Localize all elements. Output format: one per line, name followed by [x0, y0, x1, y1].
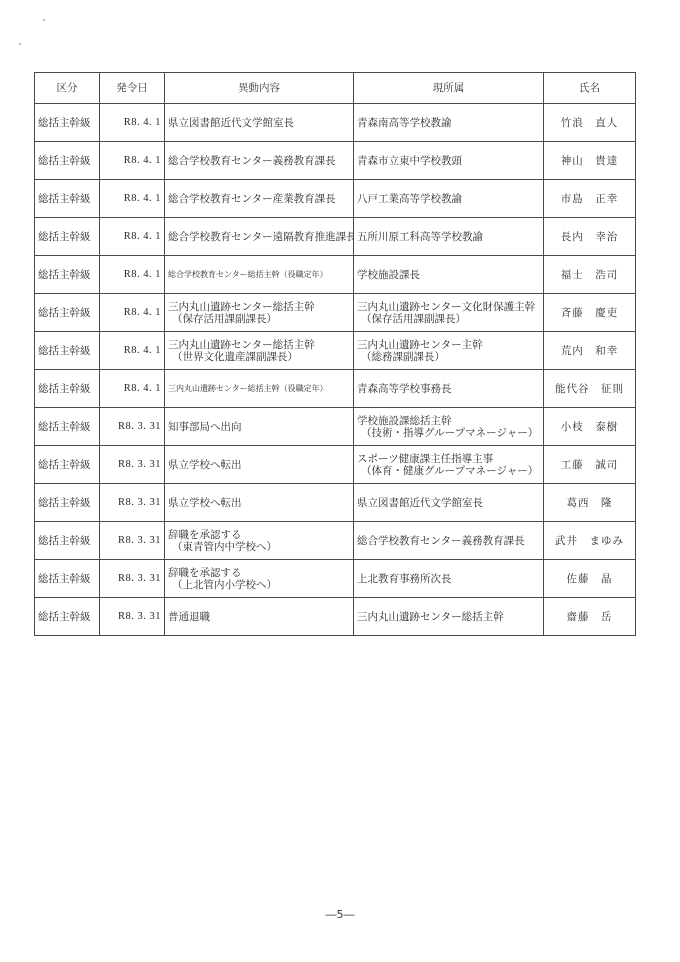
- cell-current-line: 総合学校教育センター義務教育課長: [357, 535, 540, 547]
- cell-name: 武井 まゆみ: [544, 522, 636, 560]
- table-row: 総括主幹級R8. 3. 31県立学校へ転出県立図書館近代文学館室長葛西 隆: [35, 484, 636, 522]
- cell-date: R8. 3. 31: [100, 408, 165, 446]
- cell-current: 上北教育事務所次長: [354, 560, 544, 598]
- cell-date: R8. 3. 31: [100, 598, 165, 636]
- table-row: 総括主幹級R8. 3. 31知事部局へ出向学校施設課総括主幹（技術・指導グループ…: [35, 408, 636, 446]
- cell-current: 学校施設課総括主幹（技術・指導グループマネージャー）: [354, 408, 544, 446]
- cell-move-line: （東青管内中学校へ）: [168, 541, 350, 553]
- cell-category: 総括主幹級: [35, 256, 100, 294]
- cell-name: 佐藤 晶: [544, 560, 636, 598]
- page-number: ―5―: [0, 908, 680, 921]
- cell-move-line: 三内丸山遺跡センター総括主幹（役職定年）: [168, 383, 350, 395]
- cell-current-line: 青森市立東中学校教頭: [357, 155, 540, 167]
- cell-current: 学校施設課長: [354, 256, 544, 294]
- cell-current: 三内丸山遺跡センター主幹（総務課副課長）: [354, 332, 544, 370]
- cell-date: R8. 3. 31: [100, 446, 165, 484]
- scan-speck: [43, 19, 45, 21]
- scan-speck: [19, 43, 21, 45]
- cell-name: 市島 正幸: [544, 180, 636, 218]
- cell-move-line: 三内丸山遺跡センター総括主幹: [168, 301, 350, 313]
- cell-move: 辞職を承認する（東青管内中学校へ）: [165, 522, 354, 560]
- cell-move: 総合学校教育センター総括主幹（役職定年）: [165, 256, 354, 294]
- cell-move: 県立学校へ転出: [165, 484, 354, 522]
- cell-current-line: （総務課副課長）: [357, 351, 540, 363]
- cell-move-line: 総合学校教育センター遠隔教育推進課長: [168, 231, 350, 243]
- table-header-row: 区分 発令日 異動内容 現所属 氏名: [35, 73, 636, 104]
- header-current: 現所属: [354, 73, 544, 104]
- table-row: 総括主幹級R8. 3. 31辞職を承認する（上北管内小学校へ）上北教育事務所次長…: [35, 560, 636, 598]
- header-move: 異動内容: [165, 73, 354, 104]
- cell-current-line: 三内丸山遺跡センター主幹: [357, 339, 540, 351]
- cell-category: 総括主幹級: [35, 104, 100, 142]
- cell-move-line: 総合学校教育センター義務教育課長: [168, 155, 350, 167]
- cell-name: 荒内 和幸: [544, 332, 636, 370]
- personnel-transfer-table: 区分 発令日 異動内容 現所属 氏名 総括主幹級R8. 4. 1県立図書館近代文…: [34, 72, 636, 636]
- cell-move: 総合学校教育センター義務教育課長: [165, 142, 354, 180]
- cell-current-line: 青森南高等学校教諭: [357, 117, 540, 129]
- cell-category: 総括主幹級: [35, 408, 100, 446]
- table-row: 総括主幹級R8. 4. 1県立図書館近代文学館室長青森南高等学校教諭竹浪 直人: [35, 104, 636, 142]
- cell-move-line: 総合学校教育センター総括主幹（役職定年）: [168, 269, 350, 281]
- cell-name: 竹浪 直人: [544, 104, 636, 142]
- cell-move-line: 県立学校へ転出: [168, 497, 350, 509]
- cell-current: 青森高等学校事務長: [354, 370, 544, 408]
- cell-current-line: 学校施設課総括主幹: [357, 415, 540, 427]
- cell-move: 総合学校教育センター遠隔教育推進課長: [165, 218, 354, 256]
- cell-move: 三内丸山遺跡センター総括主幹（役職定年）: [165, 370, 354, 408]
- cell-current: 県立図書館近代文学館室長: [354, 484, 544, 522]
- cell-move-line: （世界文化遺産課副課長）: [168, 351, 350, 363]
- table-row: 総括主幹級R8. 3. 31普通退職三内丸山遺跡センター総括主幹齋藤 岳: [35, 598, 636, 636]
- cell-category: 総括主幹級: [35, 484, 100, 522]
- cell-current-line: 学校施設課長: [357, 269, 540, 281]
- cell-move: 三内丸山遺跡センター総括主幹（保存活用課副課長）: [165, 294, 354, 332]
- cell-date: R8. 3. 31: [100, 560, 165, 598]
- cell-current-line: 県立図書館近代文学館室長: [357, 497, 540, 509]
- cell-date: R8. 4. 1: [100, 332, 165, 370]
- cell-name: 能代谷 征則: [544, 370, 636, 408]
- table-row: 総括主幹級R8. 4. 1三内丸山遺跡センター総括主幹（世界文化遺産課副課長）三…: [35, 332, 636, 370]
- cell-name: 斉藤 慶吏: [544, 294, 636, 332]
- cell-move-line: 県立図書館近代文学館室長: [168, 117, 350, 129]
- cell-date: R8. 4. 1: [100, 142, 165, 180]
- cell-move-line: 辞職を承認する: [168, 567, 350, 579]
- cell-current-line: 八戸工業高等学校教諭: [357, 193, 540, 205]
- table-row: 総括主幹級R8. 4. 1総合学校教育センター産業教育課長八戸工業高等学校教諭市…: [35, 180, 636, 218]
- table-row: 総括主幹級R8. 4. 1総合学校教育センター総括主幹（役職定年）学校施設課長福…: [35, 256, 636, 294]
- cell-name: 福士 浩司: [544, 256, 636, 294]
- cell-category: 総括主幹級: [35, 522, 100, 560]
- cell-move-line: 普通退職: [168, 611, 350, 623]
- cell-date: R8. 4. 1: [100, 370, 165, 408]
- table-body: 総括主幹級R8. 4. 1県立図書館近代文学館室長青森南高等学校教諭竹浪 直人総…: [35, 104, 636, 636]
- cell-current: 三内丸山遺跡センター総括主幹: [354, 598, 544, 636]
- cell-move: 普通退職: [165, 598, 354, 636]
- cell-move: 知事部局へ出向: [165, 408, 354, 446]
- cell-current-line: スポーツ健康課主任指導主事: [357, 453, 540, 465]
- cell-current-line: 三内丸山遺跡センター総括主幹: [357, 611, 540, 623]
- cell-date: R8. 4. 1: [100, 218, 165, 256]
- cell-date: R8. 4. 1: [100, 256, 165, 294]
- cell-current: 総合学校教育センター義務教育課長: [354, 522, 544, 560]
- cell-category: 総括主幹級: [35, 294, 100, 332]
- cell-current: 五所川原工科高等学校教諭: [354, 218, 544, 256]
- table-row: 総括主幹級R8. 3. 31辞職を承認する（東青管内中学校へ）総合学校教育センタ…: [35, 522, 636, 560]
- cell-move-line: 辞職を承認する: [168, 529, 350, 541]
- cell-date: R8. 4. 1: [100, 180, 165, 218]
- cell-name: 小枝 泰樹: [544, 408, 636, 446]
- header-name: 氏名: [544, 73, 636, 104]
- cell-current: スポーツ健康課主任指導主事（体育・健康グループマネージャー）: [354, 446, 544, 484]
- cell-date: R8. 3. 31: [100, 484, 165, 522]
- table-row: 総括主幹級R8. 3. 31県立学校へ転出スポーツ健康課主任指導主事（体育・健康…: [35, 446, 636, 484]
- table-row: 総括主幹級R8. 4. 1三内丸山遺跡センター総括主幹（保存活用課副課長）三内丸…: [35, 294, 636, 332]
- cell-category: 総括主幹級: [35, 560, 100, 598]
- cell-current-line: （体育・健康グループマネージャー）: [357, 465, 540, 477]
- cell-current-line: （保存活用課副課長）: [357, 313, 540, 325]
- cell-current: 三内丸山遺跡センター文化財保護主幹（保存活用課副課長）: [354, 294, 544, 332]
- cell-category: 総括主幹級: [35, 180, 100, 218]
- cell-current-line: 五所川原工科高等学校教諭: [357, 231, 540, 243]
- cell-move: 県立図書館近代文学館室長: [165, 104, 354, 142]
- cell-category: 総括主幹級: [35, 332, 100, 370]
- table-row: 総括主幹級R8. 4. 1総合学校教育センター義務教育課長青森市立東中学校教頭神…: [35, 142, 636, 180]
- cell-current-line: 上北教育事務所次長: [357, 573, 540, 585]
- cell-move-line: （保存活用課副課長）: [168, 313, 350, 325]
- cell-move: 辞職を承認する（上北管内小学校へ）: [165, 560, 354, 598]
- table-row: 総括主幹級R8. 4. 1三内丸山遺跡センター総括主幹（役職定年）青森高等学校事…: [35, 370, 636, 408]
- cell-current-line: （技術・指導グループマネージャー）: [357, 427, 540, 439]
- cell-category: 総括主幹級: [35, 370, 100, 408]
- cell-category: 総括主幹級: [35, 218, 100, 256]
- cell-current-line: 三内丸山遺跡センター文化財保護主幹: [357, 301, 540, 313]
- header-date: 発令日: [100, 73, 165, 104]
- cell-move-line: 三内丸山遺跡センター総括主幹: [168, 339, 350, 351]
- cell-move-line: 県立学校へ転出: [168, 459, 350, 471]
- cell-current: 青森市立東中学校教頭: [354, 142, 544, 180]
- cell-name: 葛西 隆: [544, 484, 636, 522]
- cell-category: 総括主幹級: [35, 446, 100, 484]
- cell-current-line: 青森高等学校事務長: [357, 383, 540, 395]
- cell-move-line: 総合学校教育センター産業教育課長: [168, 193, 350, 205]
- cell-name: 工藤 誠司: [544, 446, 636, 484]
- header-category: 区分: [35, 73, 100, 104]
- cell-category: 総括主幹級: [35, 598, 100, 636]
- cell-move-line: 知事部局へ出向: [168, 421, 350, 433]
- cell-category: 総括主幹級: [35, 142, 100, 180]
- cell-current: 八戸工業高等学校教諭: [354, 180, 544, 218]
- cell-move-line: （上北管内小学校へ）: [168, 579, 350, 591]
- cell-name: 齋藤 岳: [544, 598, 636, 636]
- cell-date: R8. 4. 1: [100, 294, 165, 332]
- cell-move: 総合学校教育センター産業教育課長: [165, 180, 354, 218]
- table-row: 総括主幹級R8. 4. 1総合学校教育センター遠隔教育推進課長五所川原工科高等学…: [35, 218, 636, 256]
- cell-current: 青森南高等学校教諭: [354, 104, 544, 142]
- cell-name: 神山 貴達: [544, 142, 636, 180]
- cell-date: R8. 3. 31: [100, 522, 165, 560]
- cell-date: R8. 4. 1: [100, 104, 165, 142]
- cell-move: 三内丸山遺跡センター総括主幹（世界文化遺産課副課長）: [165, 332, 354, 370]
- cell-move: 県立学校へ転出: [165, 446, 354, 484]
- cell-name: 長内 幸治: [544, 218, 636, 256]
